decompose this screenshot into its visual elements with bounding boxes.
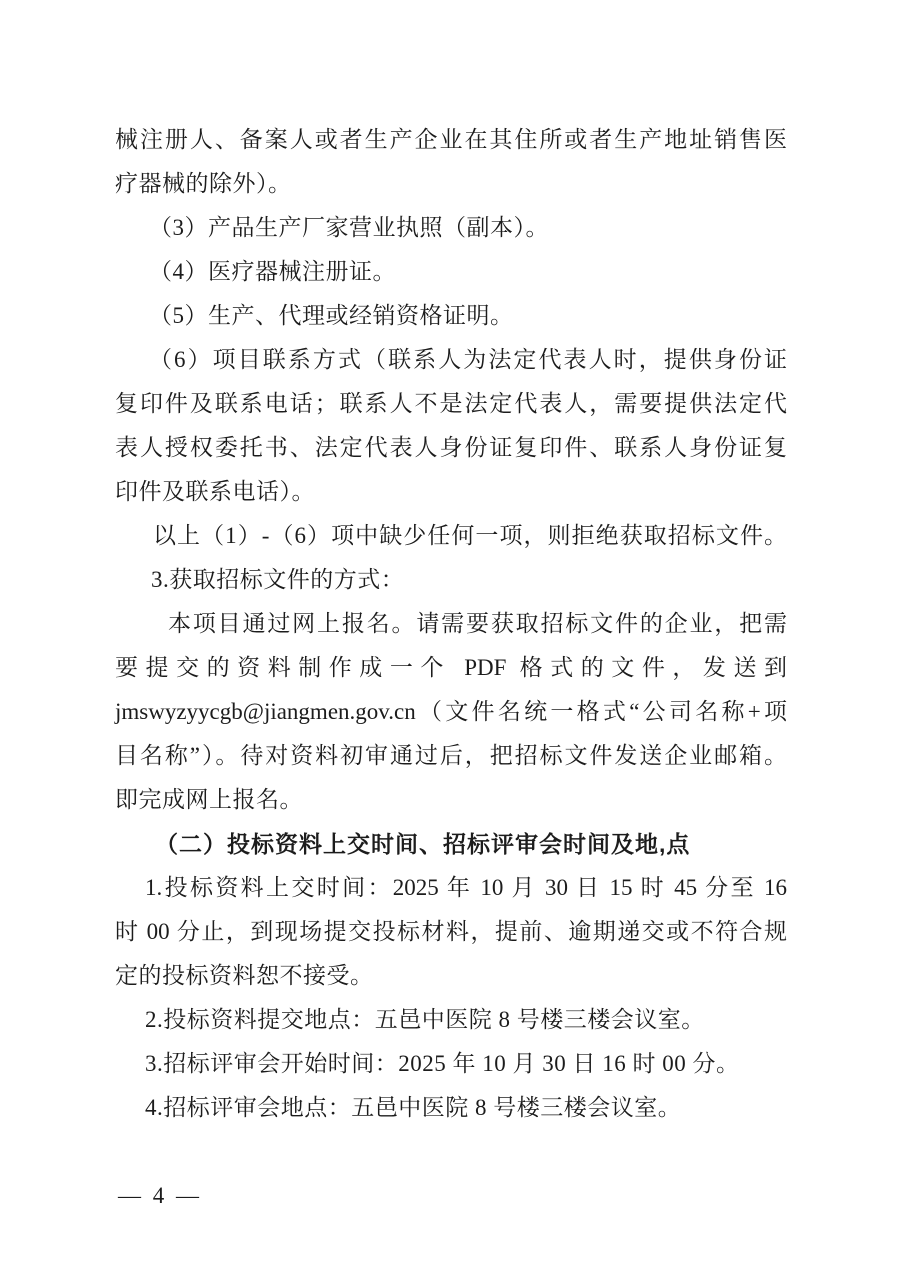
document-line: 以上（1）-（6）项中缺少任何一项，则拒绝获取招标文件。: [115, 514, 787, 558]
document-line: 械注册人、备案人或者生产企业在其住所或者生产地址销售医: [115, 118, 787, 162]
document-body: 械注册人、备案人或者生产企业在其住所或者生产地址销售医疗器械的除外）。（3）产品…: [115, 118, 787, 1130]
document-line: 要提交的资料制作成一个 PDF 格式的文件，发送到: [115, 646, 787, 690]
document-line: 3.获取招标文件的方式：: [115, 558, 787, 602]
page-number: — 4 —: [118, 1174, 202, 1218]
section-heading: （二）投标资料上交时间、招标评审会时间及地,点: [115, 822, 787, 866]
document-line: 1.投标资料上交时间：2025 年 10 月 30 日 15 时 45 分至 1…: [115, 866, 787, 910]
document-line: 即完成网上报名。: [115, 778, 787, 822]
document-line: 3.招标评审会开始时间：2025 年 10 月 30 日 16 时 00 分。: [115, 1042, 787, 1086]
document-line: 表人授权委托书、法定代表人身份证复印件、联系人身份证复: [115, 426, 787, 470]
document-line: 定的投标资料恕不接受。: [115, 954, 787, 998]
document-line: jmswyzyycgb@jiangmen.gov.cn（文件名统一格式“公司名称…: [115, 690, 787, 734]
document-line: 4.招标评审会地点：五邑中医院 8 号楼三楼会议室。: [115, 1086, 787, 1130]
document-line: 本项目通过网上报名。请需要获取招标文件的企业，把需: [115, 602, 787, 646]
document-line: 复印件及联系电话；联系人不是法定代表人，需要提供法定代: [115, 382, 787, 426]
document-line: 2.投标资料提交地点：五邑中医院 8 号楼三楼会议室。: [115, 998, 787, 1042]
document-line: 目名称”）。待对资料初审通过后，把招标文件发送企业邮箱。: [115, 734, 787, 778]
document-line: 疗器械的除外）。: [115, 162, 787, 206]
document-line: 时 00 分止，到现场提交投标材料，提前、逾期递交或不符合规: [115, 910, 787, 954]
document-line: （3）产品生产厂家营业执照（副本）。: [115, 206, 787, 250]
document-line: 印件及联系电话）。: [115, 470, 787, 514]
document-line: （4）医疗器械注册证。: [115, 250, 787, 294]
document-line: （6）项目联系方式（联系人为法定代表人时，提供身份证: [115, 338, 787, 382]
document-page: 械注册人、备案人或者生产企业在其住所或者生产地址销售医疗器械的除外）。（3）产品…: [0, 0, 900, 1275]
document-line: （5）生产、代理或经销资格证明。: [115, 294, 787, 338]
